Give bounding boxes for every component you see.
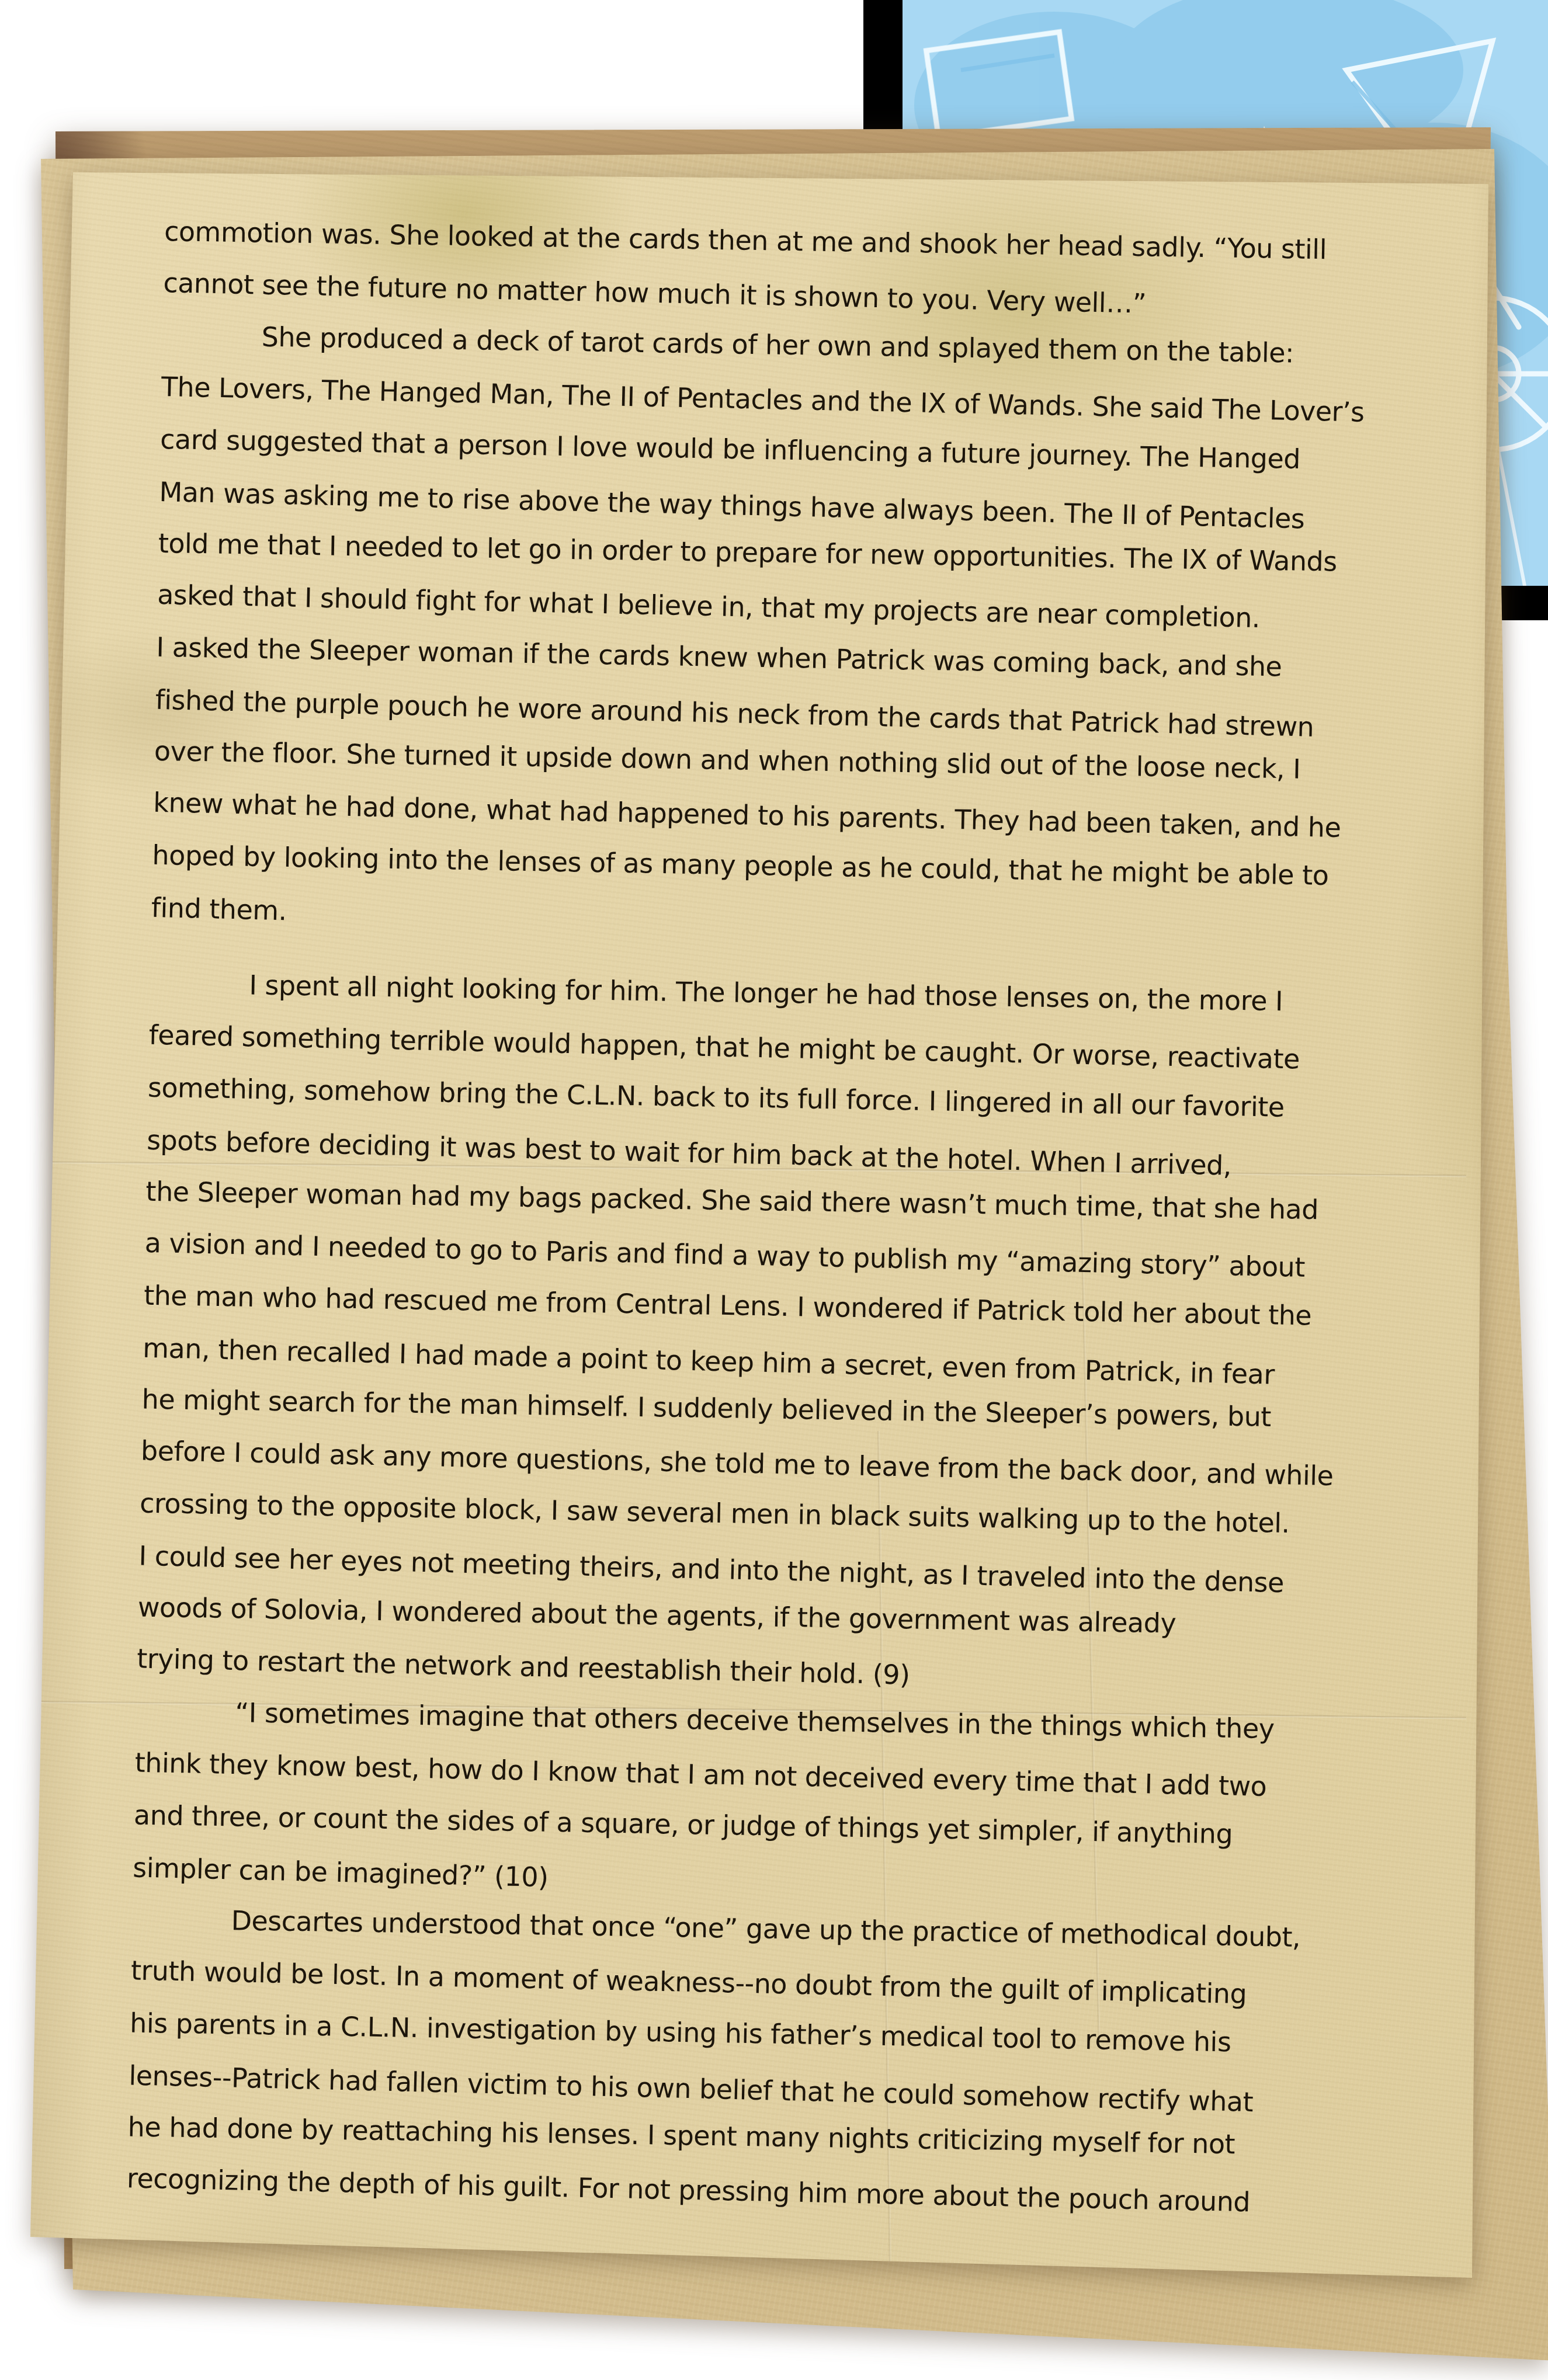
paragraph: Descartes understood that once “one” gav… xyxy=(126,1893,1400,2229)
letter-text: commotion was. She looked at the cards t… xyxy=(126,206,1432,2229)
paper-front-wrap: commotion was. She looked at the cards t… xyxy=(0,0,1548,2380)
paragraph: I spent all night looking for him. The l… xyxy=(136,958,1418,1710)
page: commotion was. She looked at the cards t… xyxy=(0,0,1548,2380)
paragraph: “I sometimes imagine that others deceive… xyxy=(133,1686,1404,1918)
paper-front-sheet: commotion was. She looked at the cards t… xyxy=(0,0,1548,2380)
paragraph: She produced a deck of tarot cards of he… xyxy=(151,310,1430,957)
